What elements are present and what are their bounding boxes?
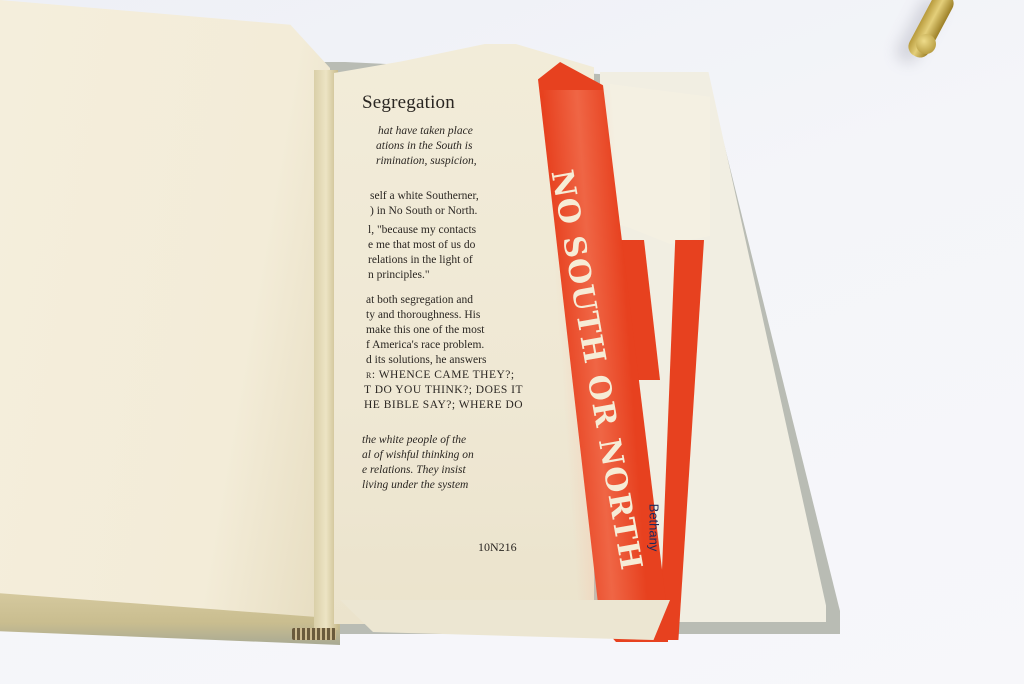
flap-line: n principles." [368,268,536,283]
flap-line: ty and thoroughness. His [366,308,536,323]
flap-line: the white people of the [362,433,536,448]
flap-line: make this one of the most [366,323,536,338]
flap-line: living under the system [362,478,536,493]
flap-line: l, "because my contacts [368,223,536,238]
photo-scene: Segregation hat have taken place ations … [0,0,1024,684]
price-code: 10N216 [478,540,517,555]
flap-line: hat have taken place [378,124,536,139]
flap-line: d its solutions, he answers [366,353,536,368]
headband [292,628,336,640]
flap-line: r: WHENCE CAME THEY?; [366,368,536,383]
torn-jacket-patch [610,84,710,244]
flap-line: f America's race problem. [366,338,536,353]
flap-line: e me that most of us do [368,238,536,253]
flap-line: e relations. They insist [362,463,536,478]
brass-clip-end [916,34,936,54]
flap-line: al of wishful thinking on [362,448,536,463]
flap-line: ) in No South or North. [370,204,536,219]
flap-line: self a white Southerner, [370,189,536,204]
flap-text-block: Segregation hat have taken place ations … [356,92,536,493]
flap-line: at both segregation and [366,293,536,308]
jacket-bottom-fold [340,600,670,640]
flap-heading: Segregation [362,92,536,114]
left-blank-page [0,0,330,618]
flap-line: rimination, suspicion, [376,154,536,169]
flap-line: ations in the South is [376,139,536,154]
flap-line: relations in the light of [368,253,536,268]
flap-line: HE BIBLE SAY?; WHERE DO [364,398,536,413]
spine-publisher: Bethany [646,504,661,552]
flap-line: T DO YOU THINK?; DOES IT [364,383,536,398]
